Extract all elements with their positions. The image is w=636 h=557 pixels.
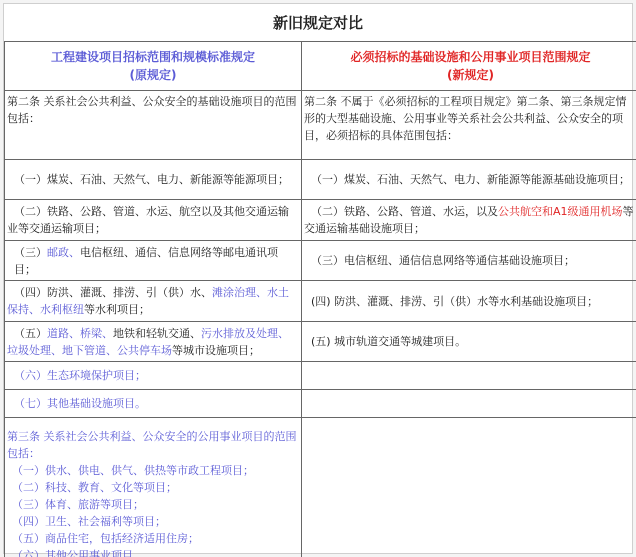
old-item-4: （四）防洪、灌溉、排涝、引（供）水、滩涂治理、水土保持、水利枢纽等水利项目； <box>5 281 302 322</box>
new-empty-cell <box>302 362 636 390</box>
highlight-old: 邮政、 <box>47 246 80 259</box>
article-3-list: （一）供水、供电、供气、供热等市政工程项目； （二）科技、教育、文化等项目； （… <box>7 462 299 557</box>
table-row: 第三条 关系社会公共利益、公众安全的公用事业项目的范围包括： （一）供水、供电、… <box>5 418 636 557</box>
text-segment: 等城市设施项目； <box>172 344 260 357</box>
new-item-5: (五) 城市轨道交通等城建项目。 <box>302 322 636 362</box>
new-item-3: （三）电信枢纽、通信信息网络等通信基础设施项目； <box>302 241 636 281</box>
new-regulation-subtitle: (新规定) <box>304 66 636 84</box>
table-row: （二）铁路、公路、管道、水运、航空以及其他交通运输业等交通运输项目； （二）铁路… <box>5 200 636 241</box>
old-regulation-subtitle: (原规定) <box>7 66 299 84</box>
table-header-row: 工程建设项目招标范围和规模标准规定 (原规定) 必须招标的基础设施和公用事业项目… <box>5 42 636 91</box>
old-item-2: （二）铁路、公路、管道、水运、航空以及其他交通运输业等交通运输项目； <box>5 200 302 241</box>
text-segment: 等水利项目； <box>84 303 150 316</box>
new-article-2: 第二条 不属于《必须招标的工程项目规定》第二条、第三条规定情形的大型基础设施、公… <box>302 91 636 160</box>
text-segment: （三） <box>14 246 47 259</box>
article-3-heading: 第三条 关系社会公共利益、公众安全的公用事业项目的范围包括： <box>7 428 299 462</box>
comparison-document: 新旧规定对比 工程建设项目招标范围和规模标准规定 (原规定) 必须招标的基础设施… <box>3 3 633 554</box>
table-row: （三）邮政、电信枢纽、通信、信息网络等邮电通讯项目； （三）电信枢纽、通信信息网… <box>5 241 636 281</box>
new-regulation-title: 必须招标的基础设施和公用事业项目范围规定 <box>304 48 636 66</box>
list-item: （六）其他公用事业项目。 <box>12 547 299 557</box>
table-row: （一）煤炭、石油、天然气、电力、新能源等能源项目； （一）煤炭、石油、天然气、电… <box>5 160 636 200</box>
old-item-7: （七）其他基础设施项目。 <box>5 390 302 418</box>
new-empty-cell <box>302 390 636 418</box>
new-regulation-header: 必须招标的基础设施和公用事业项目范围规定 (新规定) <box>302 42 636 91</box>
list-item: （一）供水、供电、供气、供热等市政工程项目； <box>12 462 299 479</box>
new-empty-cell <box>302 418 636 557</box>
old-article-3: 第三条 关系社会公共利益、公众安全的公用事业项目的范围包括： （一）供水、供电、… <box>5 418 302 557</box>
list-item: （三）体育、旅游等项目； <box>12 496 299 513</box>
new-item-4: (四) 防洪、灌溉、排涝、引（供）水等水利基础设施项目； <box>302 281 636 322</box>
list-item: （四）卫生、社会福利等项目； <box>12 513 299 530</box>
text-segment: 地铁和轻轨交通、 <box>113 327 201 340</box>
table-row: 第二条 关系社会公共利益、公众安全的基础设施项目的范围包括： 第二条 不属于《必… <box>5 91 636 160</box>
old-item-3: （三）邮政、电信枢纽、通信、信息网络等邮电通讯项目； <box>5 241 302 281</box>
highlight-old: 道路、桥梁、 <box>47 327 113 340</box>
text-segment: （四）防洪、灌溉、排涝、引（供）水、 <box>14 286 212 299</box>
old-regulation-header: 工程建设项目招标范围和规模标准规定 (原规定) <box>5 42 302 91</box>
new-item-2: （二）铁路、公路、管道、水运，以及公共航空和A1级通用机场等交通运输基础设施项目… <box>302 200 636 241</box>
highlight-new: 公共航空和A1级通用机场 <box>498 205 623 218</box>
new-item-1: （一）煤炭、石油、天然气、电力、新能源等能源基础设施项目； <box>302 160 636 200</box>
old-regulation-title: 工程建设项目招标范围和规模标准规定 <box>7 48 299 66</box>
list-item: （五）商品住宅，包括经济适用住房； <box>12 530 299 547</box>
old-item-6: （六）生态环境保护项目； <box>5 362 302 390</box>
text-segment: （二）铁路、公路、管道、水运，以及 <box>311 205 498 218</box>
table-row: （四）防洪、灌溉、排涝、引（供）水、滩涂治理、水土保持、水利枢纽等水利项目； (… <box>5 281 636 322</box>
table-row: （七）其他基础设施项目。 <box>5 390 636 418</box>
table-row: （六）生态环境保护项目； <box>5 362 636 390</box>
document-title: 新旧规定对比 <box>4 4 632 42</box>
old-item-1: （一）煤炭、石油、天然气、电力、新能源等能源项目； <box>5 160 302 200</box>
table-row: （五）道路、桥梁、地铁和轻轨交通、污水排放及处理、垃圾处理、地下管道、公共停车场… <box>5 322 636 362</box>
comparison-table: 工程建设项目招标范围和规模标准规定 (原规定) 必须招标的基础设施和公用事业项目… <box>4 41 636 557</box>
list-item: （二）科技、教育、文化等项目； <box>12 479 299 496</box>
old-article-2: 第二条 关系社会公共利益、公众安全的基础设施项目的范围包括： <box>5 91 302 160</box>
text-segment: （五） <box>14 327 47 340</box>
old-item-5: （五）道路、桥梁、地铁和轻轨交通、污水排放及处理、垃圾处理、地下管道、公共停车场… <box>5 322 302 362</box>
